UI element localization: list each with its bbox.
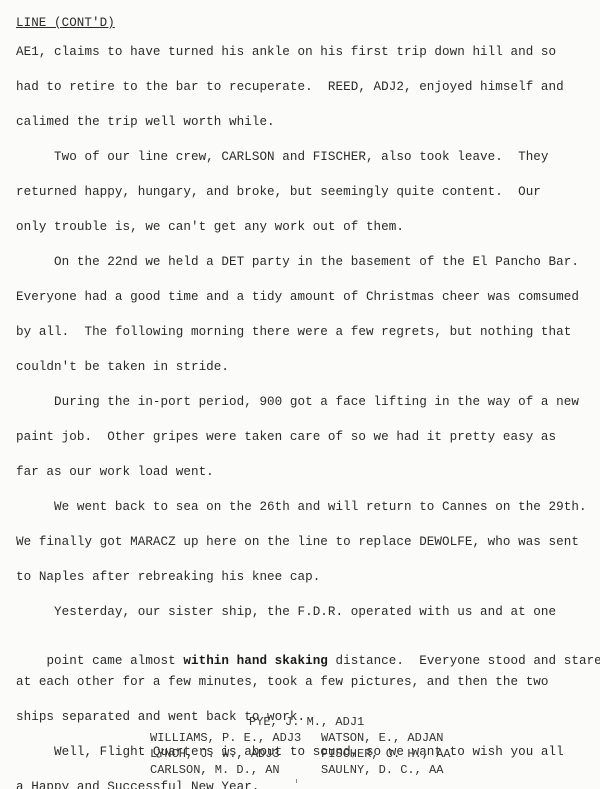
body-line: calimed the trip well worth while. <box>16 115 275 129</box>
body-line: returned happy, hungary, and broke, but … <box>16 185 541 199</box>
body-line: a Happy and Successful New Year. <box>16 780 259 789</box>
signature-left-1: WILLIAMS, P. E., ADJ3 <box>150 731 301 745</box>
body-line: Everyone had a good time and a tidy amou… <box>16 290 579 304</box>
body-line: at each other for a few minutes, took a … <box>16 675 549 689</box>
signature-right-3: SAULNY, D. C., AA <box>321 763 443 777</box>
body-line: Two of our line crew, CARLSON and FISCHE… <box>16 150 549 164</box>
body-line: During the in-port period, 900 got a fac… <box>16 395 579 409</box>
body-line: paint job. Other gripes were taken care … <box>16 430 556 444</box>
body-line: only trouble is, we can't get any work o… <box>16 220 404 234</box>
signature-lead: PYE, J. M., ADJ1 <box>249 715 364 729</box>
signature-left-3: CARLSON, M. D., AN <box>150 763 280 777</box>
body-line: On the 22nd we held a DET party in the b… <box>16 255 579 269</box>
emphasized-text: within hand skaking <box>183 654 328 668</box>
body-line: Yesterday, our sister ship, the F.D.R. o… <box>16 605 556 619</box>
body-line: We went back to sea on the 26th and will… <box>16 500 587 514</box>
body-line: by all. The following morning there were… <box>16 325 571 339</box>
body-line: We finally got MARACZ up here on the lin… <box>16 535 579 549</box>
text-segment: point came almost <box>46 654 183 668</box>
section-heading: LINE (CONT'D) <box>16 16 115 30</box>
body-line: AE1, claims to have turned his ankle on … <box>16 45 556 59</box>
body-line: Well, Flight Quarters is about to sound,… <box>16 745 564 759</box>
signature-right-1: WATSON, E., ADJAN <box>321 731 443 745</box>
body-line: had to retire to the bar to recuperate. … <box>16 80 564 94</box>
signature-right-2: FISCHER, C. H., AA <box>321 747 451 761</box>
signature-left-2: LYNCH, J. W., ADJ3 <box>150 747 280 761</box>
body-line: couldn't be taken in stride. <box>16 360 229 374</box>
body-line: far as our work load went. <box>16 465 214 479</box>
page-mark <box>296 779 297 783</box>
text-segment: distance. Everyone stood and stared <box>328 654 600 668</box>
body-line: to Naples after rebreaking his knee cap. <box>16 570 320 584</box>
typewritten-page: LINE (CONT'D) AE1, claims to have turned… <box>0 0 600 789</box>
